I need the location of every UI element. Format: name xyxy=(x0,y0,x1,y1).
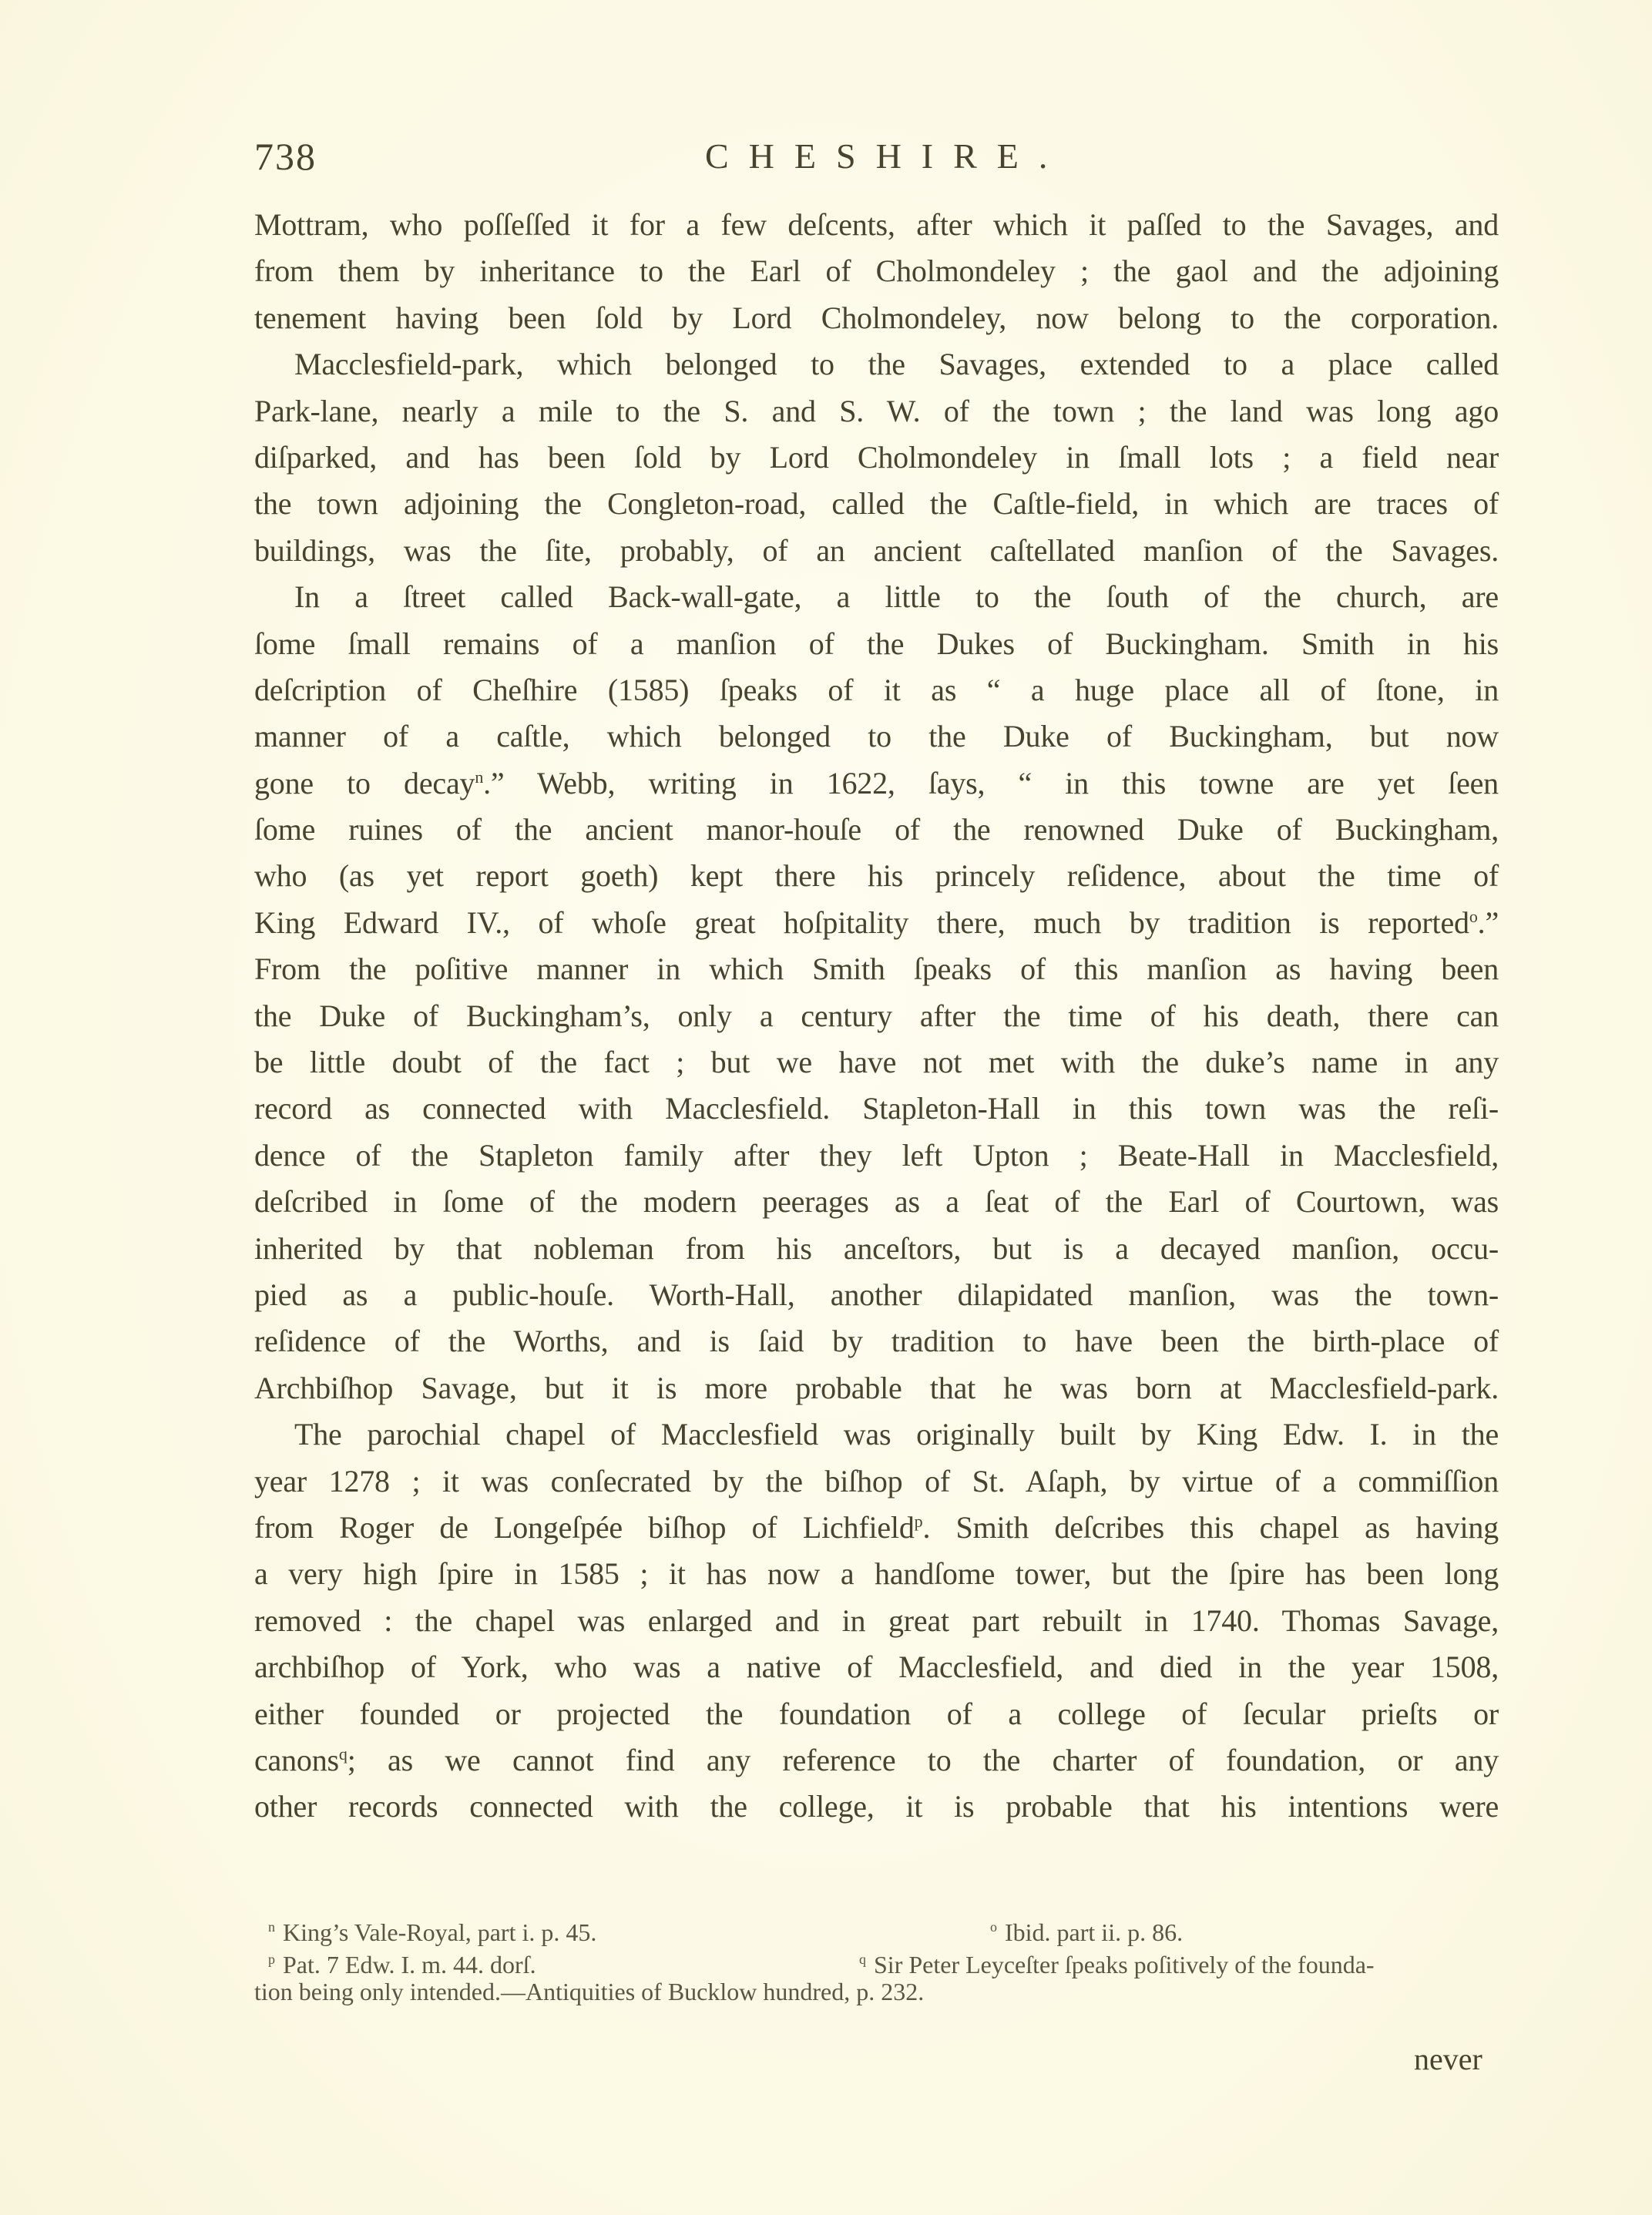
text-line-content: diſparked, and has been ſold by Lord Cho… xyxy=(254,440,1499,475)
text-line-content: Archbiſhop Savage, but it is more probab… xyxy=(254,1371,1499,1405)
text-line: who (as yet report goeth) kept there his… xyxy=(254,853,1499,899)
footnote-row-2: pPat. 7 Edw. I. m. 44. dorſ. qSir Peter … xyxy=(254,1943,1499,1975)
text-line-content: deſcribed in ſome of the modern peerages… xyxy=(254,1184,1499,1219)
footnote-row-1: nKing’s Vale-Royal, part i. p. 45. oIbid… xyxy=(254,1911,1499,1943)
text-line: canonsq; as we cannot find any reference… xyxy=(254,1737,1499,1784)
footnote-q-continuation: tion being only intended.—Antiquities of… xyxy=(254,1975,1499,2008)
text-line: Mottram, who poſſeſſed it for a few deſc… xyxy=(254,202,1499,248)
text-line: In a ſtreet called Back-wall-gate, a lit… xyxy=(254,574,1499,620)
text-line-content: removed : the chapel was enlarged and in… xyxy=(254,1603,1499,1638)
footnote-mark: q xyxy=(859,1952,866,1967)
text-line: from Roger de Longeſpée biſhop of Lichfi… xyxy=(254,1505,1499,1551)
text-line: ſome ruines of the ancient manor-houſe o… xyxy=(254,807,1499,853)
text-line-continuation: .” xyxy=(1478,905,1499,940)
footnote-reference[interactable]: q xyxy=(339,1744,348,1764)
text-line-content: the Duke of Buckingham’s, only a century… xyxy=(254,998,1499,1033)
text-line-content: In a ſtreet called Back-wall-gate, a lit… xyxy=(294,579,1499,614)
text-line-content: manner of a caſtle, which belonged to th… xyxy=(254,719,1499,753)
text-line: dence of the Stapleton family after they… xyxy=(254,1133,1499,1179)
text-line-content: ſome ruines of the ancient manor-houſe o… xyxy=(254,812,1499,847)
text-line: archbiſhop of York, who was a native of … xyxy=(254,1644,1499,1690)
text-line: Archbiſhop Savage, but it is more probab… xyxy=(254,1365,1499,1411)
footnote-row-3: tion being only intended.—Antiquities of… xyxy=(254,1975,1499,2008)
running-title: CHESHIRE. xyxy=(705,129,1067,183)
text-line-content: Park-lane, nearly a mile to the S. and S… xyxy=(254,394,1499,428)
text-line: buildings, was the ſite, probably, of an… xyxy=(254,528,1499,574)
text-line-content: gone to decay xyxy=(254,766,475,800)
text-line: reſidence of the Worths, and is ſaid by … xyxy=(254,1318,1499,1364)
text-line: manner of a caſtle, which belonged to th… xyxy=(254,713,1499,760)
footnote-mark: n xyxy=(268,1919,275,1935)
text-line: Park-lane, nearly a mile to the S. and S… xyxy=(254,388,1499,435)
text-line-content: from them by inheritance to the Earl of … xyxy=(254,253,1499,288)
text-line: diſparked, and has been ſold by Lord Cho… xyxy=(254,435,1499,481)
text-line-content: be little doubt of the fact ; but we hav… xyxy=(254,1045,1499,1079)
footnote-mark: o xyxy=(990,1919,997,1935)
text-line: record as connected with Macclesfield. S… xyxy=(254,1086,1499,1132)
text-line: ſome ſmall remains of a manſion of the D… xyxy=(254,621,1499,667)
text-line: Macclesfield-park, which belonged to the… xyxy=(254,341,1499,388)
text-line: From the poſitive manner in which Smith … xyxy=(254,946,1499,992)
footnote-text: Ibid. part ii. p. 86. xyxy=(1005,1918,1183,1946)
running-head: 738 CHESHIRE. xyxy=(254,129,1499,183)
text-line-content: dence of the Stapleton family after they… xyxy=(254,1138,1499,1173)
footnote-reference[interactable]: n xyxy=(475,767,483,787)
text-line: the Duke of Buckingham’s, only a century… xyxy=(254,993,1499,1039)
text-line: year 1278 ; it was conſecrated by the bi… xyxy=(254,1458,1499,1505)
text-line: King Edward IV., of whoſe great hoſpital… xyxy=(254,900,1499,946)
text-line-content: pied as a public-houſe. Worth-Hall, anot… xyxy=(254,1277,1499,1312)
text-line-content: other records connected with the college… xyxy=(254,1789,1499,1824)
text-line-content: record as connected with Macclesfield. S… xyxy=(254,1091,1499,1126)
text-line-content: buildings, was the ſite, probably, of an… xyxy=(254,533,1499,568)
text-line: The parochial chapel of Macclesfield was… xyxy=(254,1411,1499,1458)
text-line-continuation: ; as we cannot find any reference to the… xyxy=(348,1743,1499,1777)
page-number: 738 xyxy=(254,129,317,183)
text-line-content: King Edward IV., of whoſe great hoſpital… xyxy=(254,905,1469,940)
text-line-content: Macclesfield-park, which belonged to the… xyxy=(294,347,1499,381)
footnotes: nKing’s Vale-Royal, part i. p. 45. oIbid… xyxy=(254,1911,1499,2008)
text-line-content: The parochial chapel of Macclesfield was… xyxy=(294,1417,1499,1451)
text-line-content: year 1278 ; it was conſecrated by the bi… xyxy=(254,1464,1499,1498)
text-line: from them by inheritance to the Earl of … xyxy=(254,248,1499,294)
text-line-content: deſcription of Cheſhire (1585) ſpeaks of… xyxy=(254,673,1499,707)
text-line-content: from Roger de Longeſpée biſhop of Lichfi… xyxy=(254,1510,915,1545)
text-line-content: Mottram, who poſſeſſed it for a few deſc… xyxy=(254,207,1499,242)
text-line: be little doubt of the fact ; but we hav… xyxy=(254,1039,1499,1086)
text-line: the town adjoining the Congleton-road, c… xyxy=(254,481,1499,527)
text-line: pied as a public-houſe. Worth-Hall, anot… xyxy=(254,1272,1499,1318)
text-line-content: either founded or projected the foundati… xyxy=(254,1696,1499,1731)
body-text: Mottram, who poſſeſſed it for a few deſc… xyxy=(254,202,1499,1831)
text-line-content: inherited by that nobleman from his ance… xyxy=(254,1231,1499,1266)
catchword: never xyxy=(1414,2040,1482,2079)
footnote-text: King’s Vale-Royal, part i. p. 45. xyxy=(283,1918,596,1946)
text-line-content: canons xyxy=(254,1743,339,1777)
text-line-content: ſome ſmall remains of a manſion of the D… xyxy=(254,626,1499,661)
footnote-text: Pat. 7 Edw. I. m. 44. dorſ. xyxy=(283,1951,536,1978)
text-line-continuation: .” Webb, writing in 1622, ſays, “ in thi… xyxy=(483,766,1499,800)
text-line-content: archbiſhop of York, who was a native of … xyxy=(254,1650,1499,1684)
text-line-content: the town adjoining the Congleton-road, c… xyxy=(254,486,1499,521)
text-line-content: who (as yet report goeth) kept there his… xyxy=(254,858,1499,893)
text-line-continuation: . Smith deſcribes this chapel as having xyxy=(922,1510,1499,1545)
text-line: deſcribed in ſome of the modern peerages… xyxy=(254,1179,1499,1225)
book-page: 738 CHESHIRE. Mottram, who poſſeſſed it … xyxy=(0,0,1652,2215)
text-line: a very high ſpire in 1585 ; it has now a… xyxy=(254,1551,1499,1597)
text-line-content: a very high ſpire in 1585 ; it has now a… xyxy=(254,1556,1499,1591)
footnote-reference[interactable]: o xyxy=(1469,907,1478,926)
text-line: removed : the chapel was enlarged and in… xyxy=(254,1598,1499,1644)
text-line: deſcription of Cheſhire (1585) ſpeaks of… xyxy=(254,667,1499,713)
text-line-content: tenement having been ſold by Lord Cholmo… xyxy=(254,300,1499,335)
text-line-content: From the poſitive manner in which Smith … xyxy=(254,951,1499,986)
text-line: other records connected with the college… xyxy=(254,1784,1499,1830)
text-line: either founded or projected the foundati… xyxy=(254,1691,1499,1737)
text-line: gone to decayn.” Webb, writing in 1622, … xyxy=(254,760,1499,807)
footnote-reference[interactable]: p xyxy=(915,1512,923,1531)
footnote-text: Sir Peter Leyceſter ſpeaks poſitively of… xyxy=(874,1951,1375,1978)
footnote-mark: p xyxy=(268,1952,275,1967)
text-line: inherited by that nobleman from his ance… xyxy=(254,1226,1499,1272)
text-line: tenement having been ſold by Lord Cholmo… xyxy=(254,295,1499,341)
text-line-content: reſidence of the Worths, and is ſaid by … xyxy=(254,1324,1499,1358)
